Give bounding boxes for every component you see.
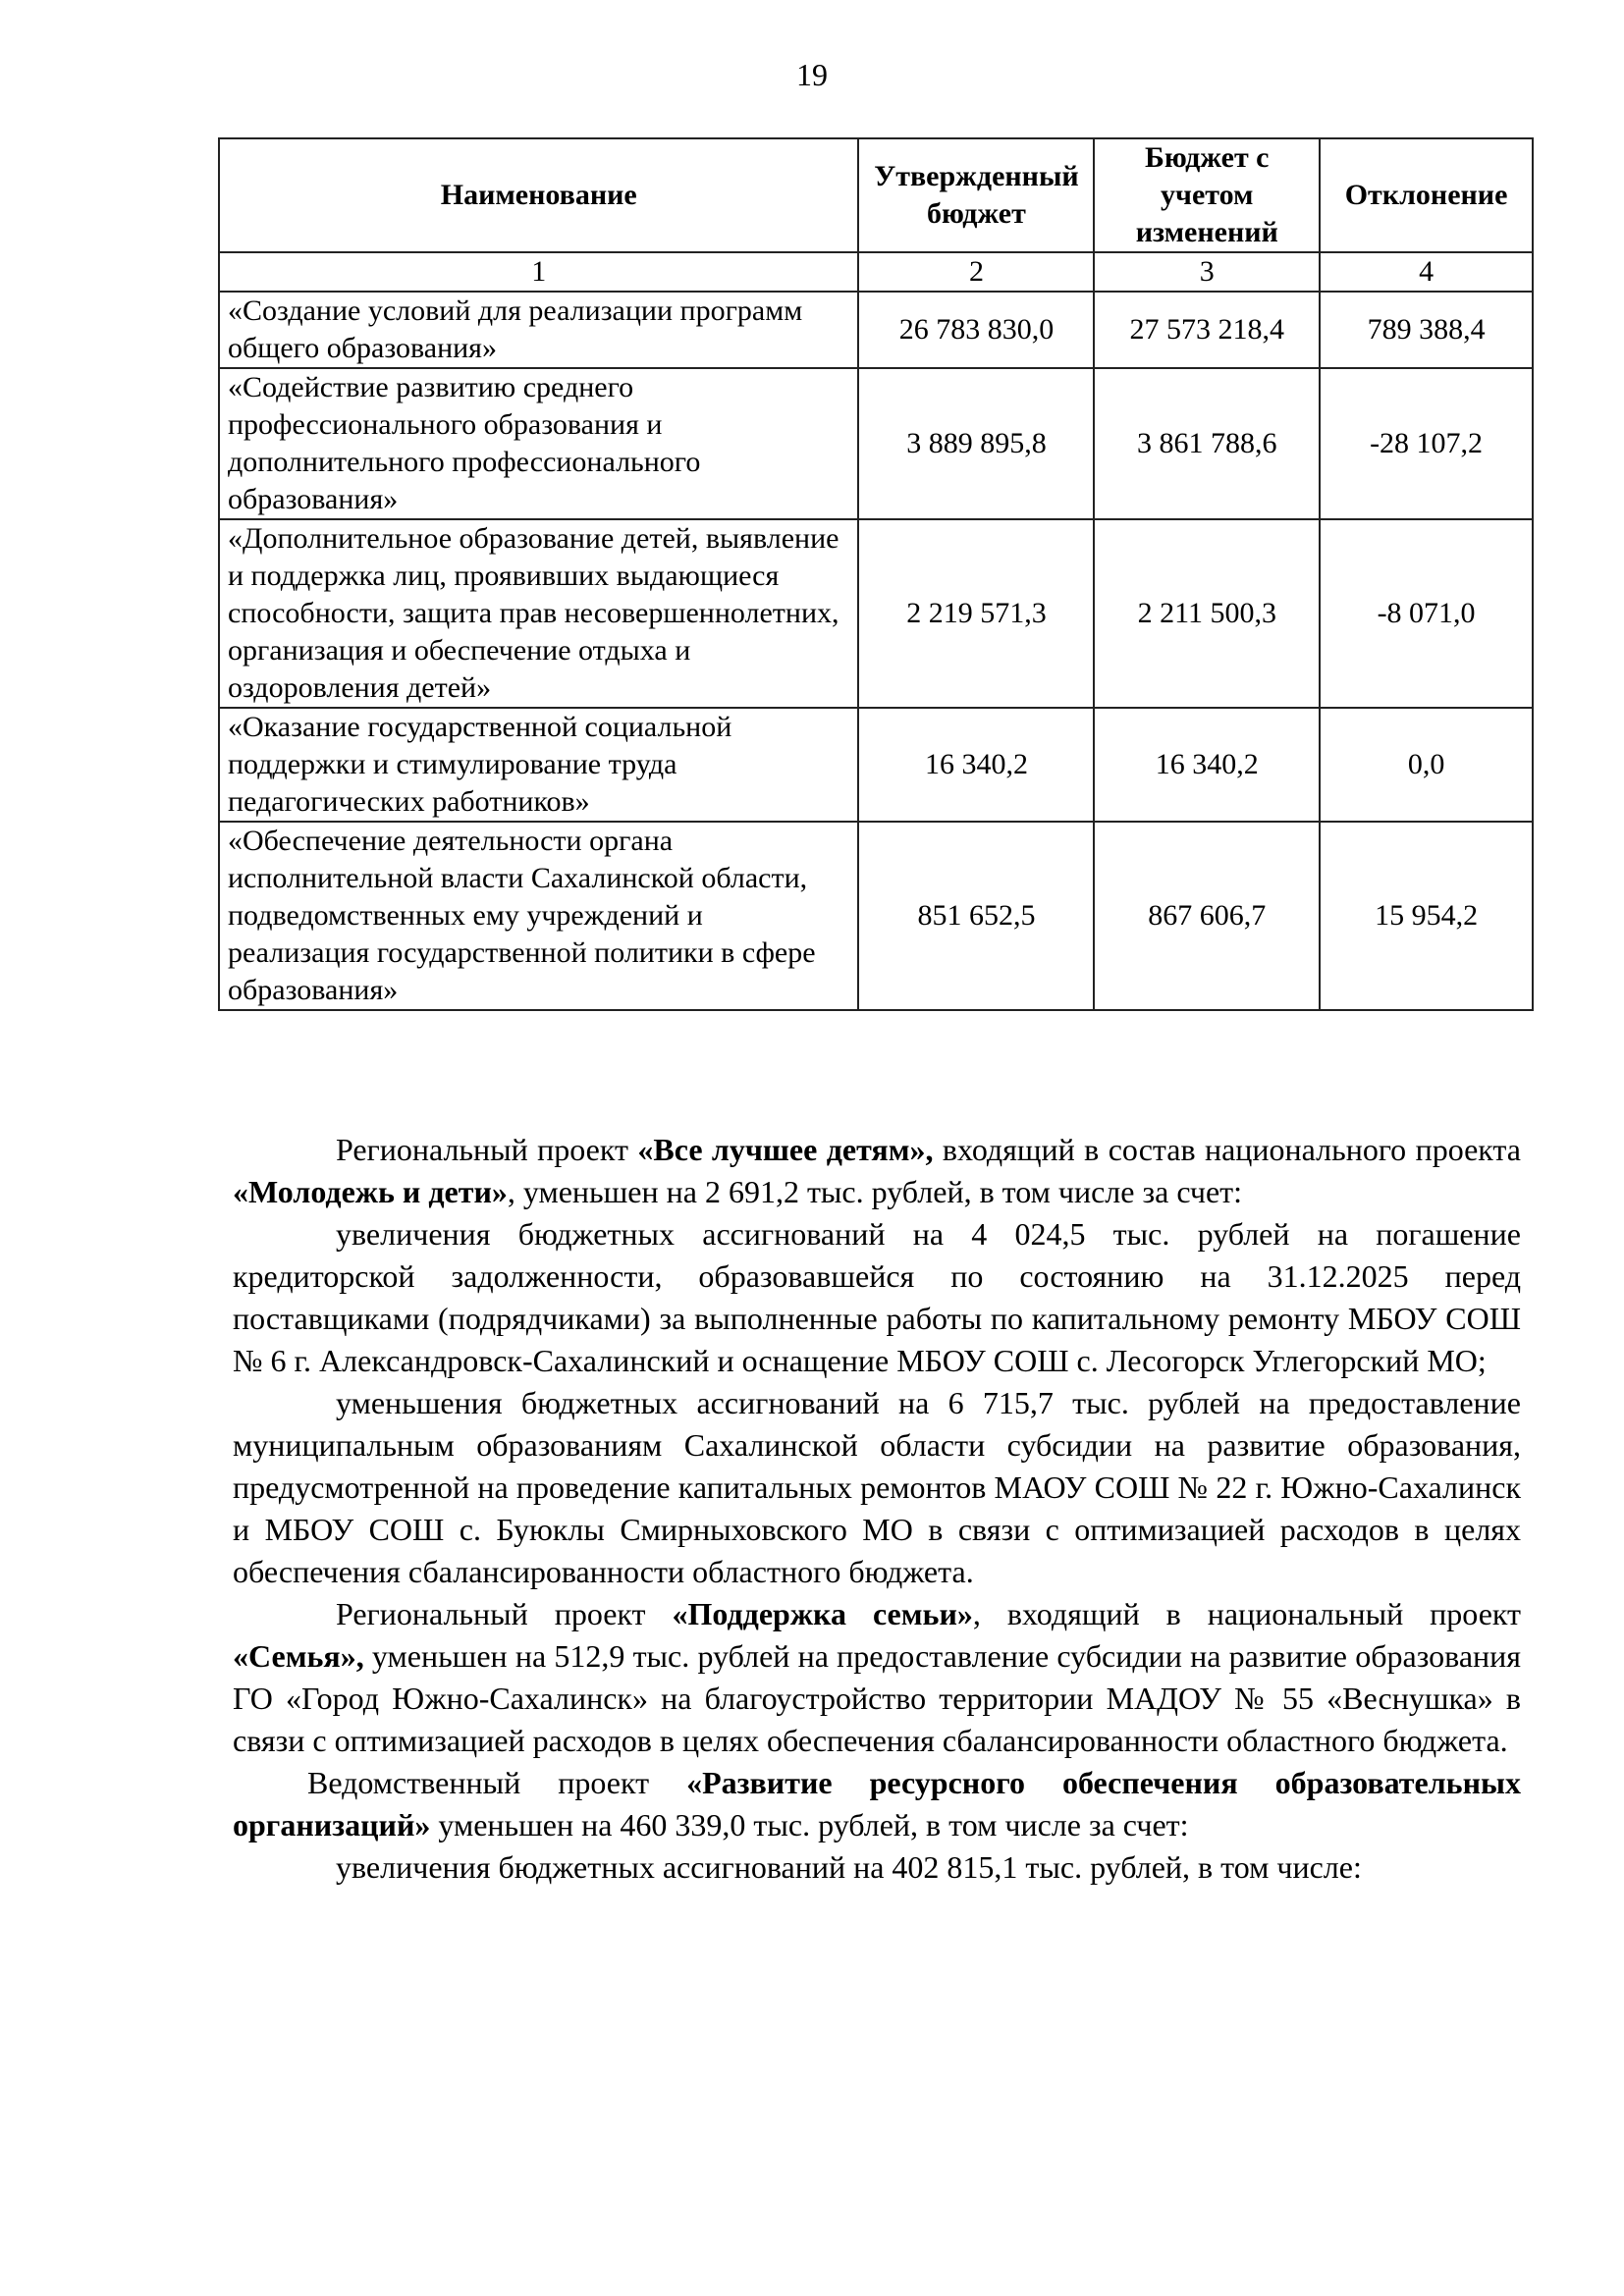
header-name: Наименование	[219, 138, 858, 252]
table-row: «Дополнительное образование детей, выявл…	[219, 519, 1533, 708]
header-deviation: Отклонение	[1320, 138, 1533, 252]
text: , входящий в национальный проект	[973, 1596, 1521, 1631]
text: Региональный проект	[336, 1132, 637, 1167]
national-project-name: «Семья»,	[233, 1638, 364, 1674]
body-text: Региональный проект «Все лучшее детям», …	[233, 1129, 1521, 1889]
column-number: 3	[1094, 252, 1320, 292]
paragraph-increase-total: увеличения бюджетных ассигнований на 402…	[233, 1846, 1521, 1889]
row-approved: 851 652,5	[858, 822, 1094, 1010]
header-approved-budget: Утвержденный бюджет	[858, 138, 1094, 252]
row-name: «Дополнительное образование детей, выявл…	[219, 519, 858, 708]
row-revised: 16 340,2	[1094, 708, 1320, 822]
row-revised: 867 606,7	[1094, 822, 1320, 1010]
row-approved: 16 340,2	[858, 708, 1094, 822]
row-name: «Оказание государственной социальной под…	[219, 708, 858, 822]
row-deviation: -8 071,0	[1320, 519, 1533, 708]
text: Региональный проект	[336, 1596, 672, 1631]
paragraph-all-best-for-children: Региональный проект «Все лучшее детям», …	[233, 1129, 1521, 1213]
row-deviation: 789 388,4	[1320, 292, 1533, 368]
row-name: «Содействие развитию среднего профессион…	[219, 368, 858, 519]
row-revised: 2 211 500,3	[1094, 519, 1320, 708]
text: входящий в состав национального проекта	[934, 1132, 1521, 1167]
table-row: «Обеспечение деятельности органа исполни…	[219, 822, 1533, 1010]
row-approved: 26 783 830,0	[858, 292, 1094, 368]
header-revised-budget: Бюджет с учетом изменений	[1094, 138, 1320, 252]
paragraph-departmental-project: Ведомственный проект «Развитие ресурсног…	[233, 1762, 1521, 1846]
table-row: «Создание условий для реализации програм…	[219, 292, 1533, 368]
project-name: «Все лучшее детям»,	[637, 1132, 933, 1167]
table-header-row: Наименование Утвержденный бюджет Бюджет …	[219, 138, 1533, 252]
budget-table: Наименование Утвержденный бюджет Бюджет …	[218, 137, 1534, 1011]
paragraph-increase: увеличения бюджетных ассигнований на 4 0…	[233, 1213, 1521, 1382]
text: , уменьшен на 2 691,2 тыс. рублей, в том…	[508, 1174, 1242, 1209]
column-number: 1	[219, 252, 858, 292]
row-deviation: 15 954,2	[1320, 822, 1533, 1010]
row-deviation: 0,0	[1320, 708, 1533, 822]
table-row: «Содействие развитию среднего профессион…	[219, 368, 1533, 519]
text: уменьшен на 460 339,0 тыс. рублей, в том…	[430, 1807, 1188, 1842]
page-number: 19	[0, 57, 1624, 93]
column-number: 4	[1320, 252, 1533, 292]
table-row: «Оказание государственной социальной под…	[219, 708, 1533, 822]
text: Ведомственный проект	[307, 1765, 686, 1800]
national-project-name: «Молодежь и дети»	[233, 1174, 508, 1209]
column-number: 2	[858, 252, 1094, 292]
text: уменьшен на 512,9 тыс. рублей на предост…	[233, 1638, 1521, 1758]
row-revised: 3 861 788,6	[1094, 368, 1320, 519]
project-name: «Поддержка семьи»	[672, 1596, 972, 1631]
column-number-row: 1 2 3 4	[219, 252, 1533, 292]
row-approved: 2 219 571,3	[858, 519, 1094, 708]
row-name: «Создание условий для реализации програм…	[219, 292, 858, 368]
row-deviation: -28 107,2	[1320, 368, 1533, 519]
row-revised: 27 573 218,4	[1094, 292, 1320, 368]
row-approved: 3 889 895,8	[858, 368, 1094, 519]
paragraph-decrease: уменьшения бюджетных ассигнований на 6 7…	[233, 1382, 1521, 1593]
row-name: «Обеспечение деятельности органа исполни…	[219, 822, 858, 1010]
paragraph-family-support: Региональный проект «Поддержка семьи», в…	[233, 1593, 1521, 1762]
